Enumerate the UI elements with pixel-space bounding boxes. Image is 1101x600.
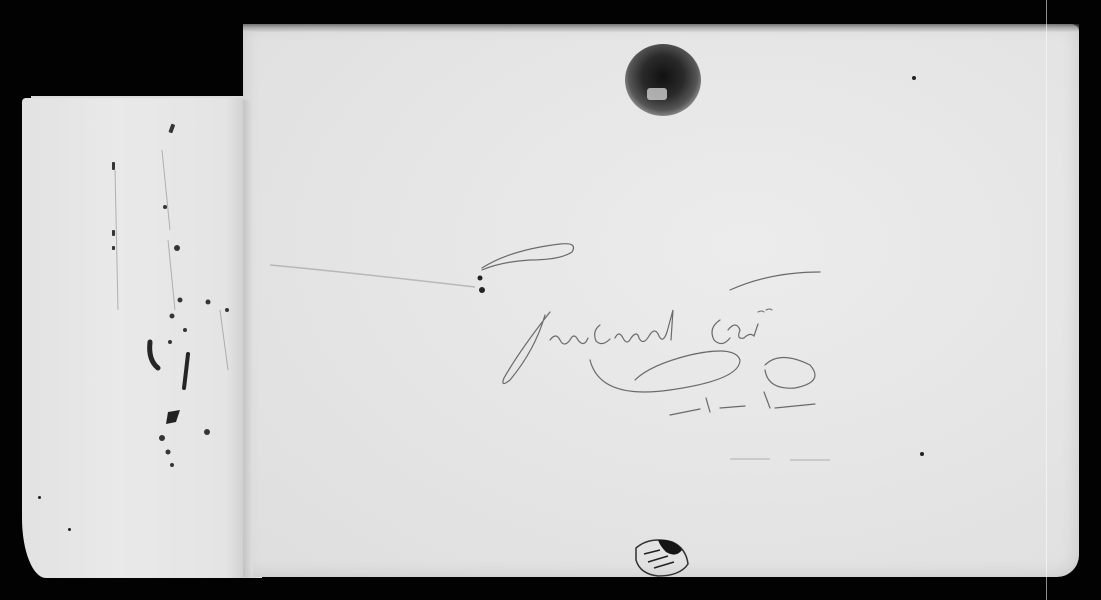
ink-speck xyxy=(68,528,71,531)
vertical-endorsement xyxy=(100,110,250,470)
seal-highlight xyxy=(647,88,667,100)
ink-speck xyxy=(920,452,924,456)
address-block: To John Crawford Esq. xyxy=(450,230,880,430)
ink-speck xyxy=(912,76,916,80)
fold-crease xyxy=(243,100,253,577)
handwriting-strokes xyxy=(450,230,880,430)
scan-artifact-line xyxy=(1046,0,1047,600)
document-viewer: To John Crawford Esq. xyxy=(0,0,1101,600)
wax-seal-top xyxy=(625,44,701,116)
faint-underline xyxy=(720,445,840,475)
ink-speck xyxy=(38,496,41,499)
wax-seal-bottom xyxy=(630,536,692,578)
